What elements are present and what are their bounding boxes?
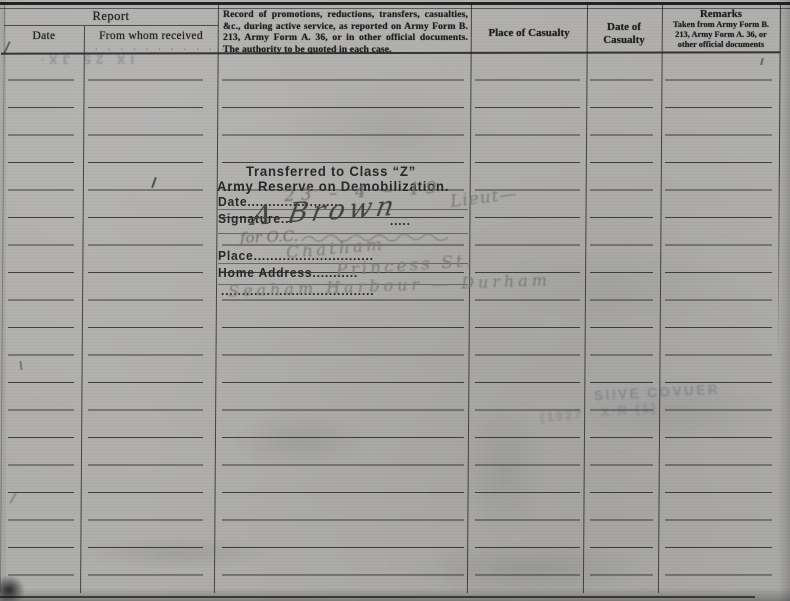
table-left-border [0, 3, 5, 593]
row-rules-date-col [8, 53, 74, 576]
remarks-subheader: Taken from Army Form B. 213, Army Form A… [665, 20, 777, 50]
service-record-sheet: Report Date From whom received Record of… [0, 0, 790, 601]
table-top-border [0, 2, 790, 5]
report-underline [4, 25, 218, 26]
date-column-header: Date [4, 30, 84, 42]
divider-place-datecas [583, 3, 588, 593]
bottom-edge-shadow [0, 588, 790, 601]
bottom-rule [0, 596, 755, 598]
record-column-header: Record of promotions, reductions, transf… [223, 9, 468, 56]
date-of-casualty-header: Date of Casualty [592, 21, 656, 47]
row-rules-place-col [475, 53, 580, 576]
from-whom-column-header: From whom received [84, 30, 218, 42]
row-rules-remarks-col [665, 53, 772, 576]
divider-record-place [467, 3, 472, 593]
report-header: Report [4, 9, 218, 24]
divider-datecas-remarks [658, 3, 663, 593]
row-rules-record-col [222, 53, 464, 576]
divider-date-from [80, 26, 85, 593]
divider-from-record [214, 3, 219, 593]
remarks-header: Remarks [662, 8, 780, 21]
row-rules-datecas-col [590, 53, 653, 576]
place-of-casualty-header: Place of Casualty [471, 27, 587, 40]
stamp-transferred-line: Transferred to Class “Z” [246, 164, 416, 179]
table-right-border [777, 3, 781, 423]
row-rules-from-col [88, 53, 203, 576]
